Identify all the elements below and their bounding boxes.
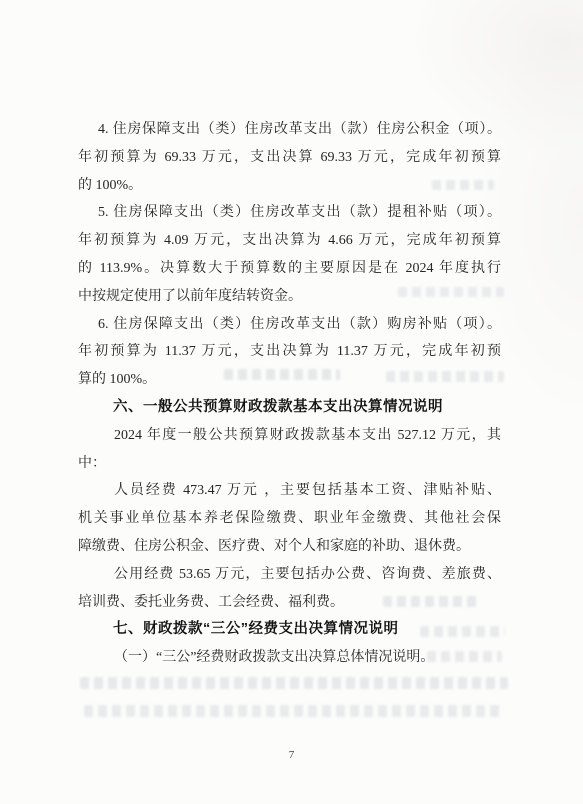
text-line: 的 100%。 [78, 172, 501, 200]
text-line: 人员经费 473.47 万元 ，主要包括基本工资、津贴补贴、 [78, 477, 501, 505]
text-line: 5. 住房保障支出（类）住房改革支出（款）提租补贴（项）。 [78, 199, 501, 227]
scanned-document-page: 4. 住房保障支出（类）住房改革支出（款）住房公积金（项）。年初预算为 69.3… [0, 0, 583, 804]
paragraph: 2024 年度一般公共预算财政拨款基本支出 527.12 万元，其中： [78, 422, 501, 478]
paragraph: （一）“三公”经费财政拨款支出决算总体情况说明。 [78, 644, 501, 672]
numbered-paragraph: 5. 住房保障支出（类）住房改革支出（款）提租补贴（项）。年初预算为 4.09 … [78, 199, 501, 310]
text-line: （一）“三公”经费财政拨款支出决算总体情况说明。 [78, 644, 501, 672]
text-line: 算的 100%。 [78, 366, 501, 394]
text-line: 障缴费、住房公积金、医疗费、对个人和家庭的补助、退休费。 [78, 533, 501, 561]
heading: 六、一般公共预算财政拨款基本支出决算情况说明 [78, 394, 501, 422]
text-line: 培训费、委托业务费、工会经费、福利费。 [78, 589, 501, 617]
text-line: 2024 年度一般公共预算财政拨款基本支出 527.12 万元，其 [78, 422, 501, 450]
text-line: 中按规定使用了以前年度结转资金。 [78, 283, 501, 311]
text-line: 6. 住房保障支出（类）住房改革支出（款）购房补贴（项）。 [78, 311, 501, 339]
bleedthrough-mark [84, 705, 504, 717]
bleedthrough-mark [80, 677, 508, 689]
text-line: 4. 住房保障支出（类）住房改革支出（款）住房公积金（项）。 [78, 116, 501, 144]
paragraph: 人员经费 473.47 万元 ，主要包括基本工资、津贴补贴、机关事业单位基本养老… [78, 477, 501, 560]
document-content: 4. 住房保障支出（类）住房改革支出（款）住房公积金（项）。年初预算为 69.3… [78, 116, 501, 672]
text-line: 机关事业单位基本养老保险缴费、职业年金缴费、其他社会保 [78, 505, 501, 533]
text-line: 年初预算为 11.37 万元，支出决算为 11.37 万元，完成年初预 [78, 338, 501, 366]
text-line: 中： [78, 450, 501, 478]
numbered-paragraph: 4. 住房保障支出（类）住房改革支出（款）住房公积金（项）。年初预算为 69.3… [78, 116, 501, 199]
numbered-paragraph: 6. 住房保障支出（类）住房改革支出（款）购房补贴（项）。年初预算为 11.37… [78, 311, 501, 394]
heading-line: 六、一般公共预算财政拨款基本支出决算情况说明 [78, 394, 501, 422]
text-line: 年初预算为 4.09 万元，支出决算为 4.66 万元，完成年初预算 [78, 227, 501, 255]
text-line: 年初预算为 69.33 万元，支出决算 69.33 万元，完成年初预算 [78, 144, 501, 172]
page-number: 7 [0, 749, 583, 761]
heading: 七、财政拨款“三公”经费支出决算情况说明 [78, 616, 501, 644]
paragraph: 公用经费 53.65 万元，主要包括办公费、咨询费、差旅费、培训费、委托业务费、… [78, 561, 501, 617]
heading-line: 七、财政拨款“三公”经费支出决算情况说明 [78, 616, 501, 644]
text-line: 的 113.9%。决算数大于预算数的主要原因是在 2024 年度执行 [78, 255, 501, 283]
text-line: 公用经费 53.65 万元，主要包括办公费、咨询费、差旅费、 [78, 561, 501, 589]
